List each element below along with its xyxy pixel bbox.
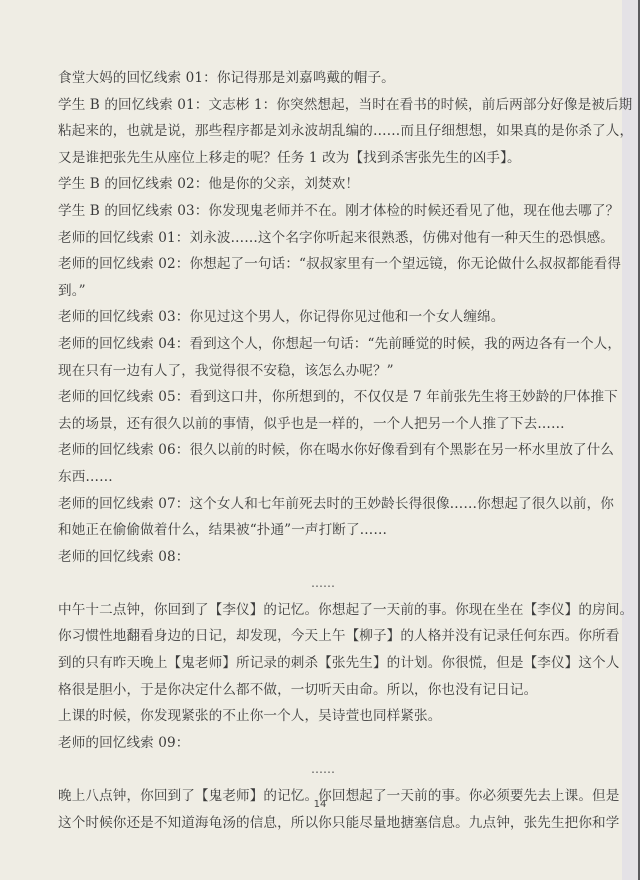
clue-line: 和她正在偷偷做着什么，结果被“扑通”一声打断了…… [58, 517, 588, 544]
clue-line: 学生 B 的回忆线索 03：你发现鬼老师并不在。刚才体检的时候还看见了他，现在他… [58, 198, 588, 225]
clue-line: 老师的回忆线索 03：你见过这个男人，你记得你见过他和一个女人缠绵。 [58, 304, 588, 331]
clue-line: 到。” [58, 278, 588, 305]
clue-heading: 老师的回忆线索 09： [58, 730, 588, 757]
clue-line: 去的场景，还有很久以前的事情，似乎也是一样的，一个人把另一个人推了下去…… [58, 411, 588, 438]
clue-line: 老师的回忆线索 05：看到这口井，你所想到的，不仅仅是 7 年前张先生将王妙龄的… [58, 384, 588, 411]
paragraph-line: 你习惯性地翻看身边的日记，却发现，今天上午【柳子】的人格并没有记录任何东西。你所… [58, 623, 588, 650]
clue-line: 又是谁把张先生从座位上移走的呢？任务 1 改为【找到杀害张先生的凶手】。 [58, 145, 588, 172]
page-body: 食堂大妈的回忆线索 01：你记得那是刘嘉鸣戴的帽子。 学生 B 的回忆线索 01… [58, 65, 588, 836]
paragraph-line: 到的只有昨天晚上【鬼老师】所记录的刺杀【张先生】的计划。你很慌，但是【李仪】这个… [58, 650, 588, 677]
paragraph-line: 格很是胆小，于是你决定什么都不做，一切听天由命。所以，你也没有记日记。 [58, 677, 588, 704]
clue-line: 现在只有一边有人了，我觉得很不安稳，该怎么办呢？” [58, 358, 588, 385]
clue-line: 老师的回忆线索 06：很久以前的时候，你在喝水你好像看到有个黑影在另一杯水里放了… [58, 437, 588, 464]
clue-line: 东西…… [58, 464, 588, 491]
paragraph-line: 这个时候你还是不知道海龟汤的信息，所以你只能尽量地搪塞信息。九点钟，张先生把你和… [58, 810, 588, 837]
document-page: 食堂大妈的回忆线索 01：你记得那是刘嘉鸣戴的帽子。 学生 B 的回忆线索 01… [0, 0, 640, 880]
clue-line: 学生 B 的回忆线索 01：文志彬 1：你突然想起，当时在看书的时候，前后两部分… [58, 92, 588, 119]
clue-line: 食堂大妈的回忆线索 01：你记得那是刘嘉鸣戴的帽子。 [58, 65, 588, 92]
clue-line: 粘起来的，也就是说，那些程序都是刘永波胡乱编的……而且仔细想想，如果真的是你杀了… [58, 118, 588, 145]
clue-line: 老师的回忆线索 07：这个女人和七年前死去时的王妙龄长得很像……你想起了很久以前… [58, 491, 588, 518]
clue-line: 老师的回忆线索 04：看到这个人，你想起一句话：“先前睡觉的时候，我的两边各有一… [58, 331, 588, 358]
clue-line: 老师的回忆线索 02：你想起了一句话：“叔叔家里有一个望远镜，你无论做什么叔叔都… [58, 251, 588, 278]
paragraph-line: 上课的时候，你发现紧张的不止你一个人，吴诗萱也同样紧张。 [58, 703, 588, 730]
paragraph-line: 中午十二点钟，你回到了【李仪】的记忆。你想起了一天前的事。你现在坐在【李仪】的房… [58, 597, 588, 624]
clue-line: 学生 B 的回忆线索 02：他是你的父亲，刘焚欢！ [58, 171, 588, 198]
page-number: 14 [0, 799, 640, 810]
section-separator: …… [58, 570, 588, 597]
clue-heading: 老师的回忆线索 08： [58, 544, 588, 571]
clue-line: 老师的回忆线索 01：刘永波……这个名字你听起来很熟悉，仿佛对他有一种天生的恐惧… [58, 225, 588, 252]
section-separator: …… [58, 756, 588, 783]
